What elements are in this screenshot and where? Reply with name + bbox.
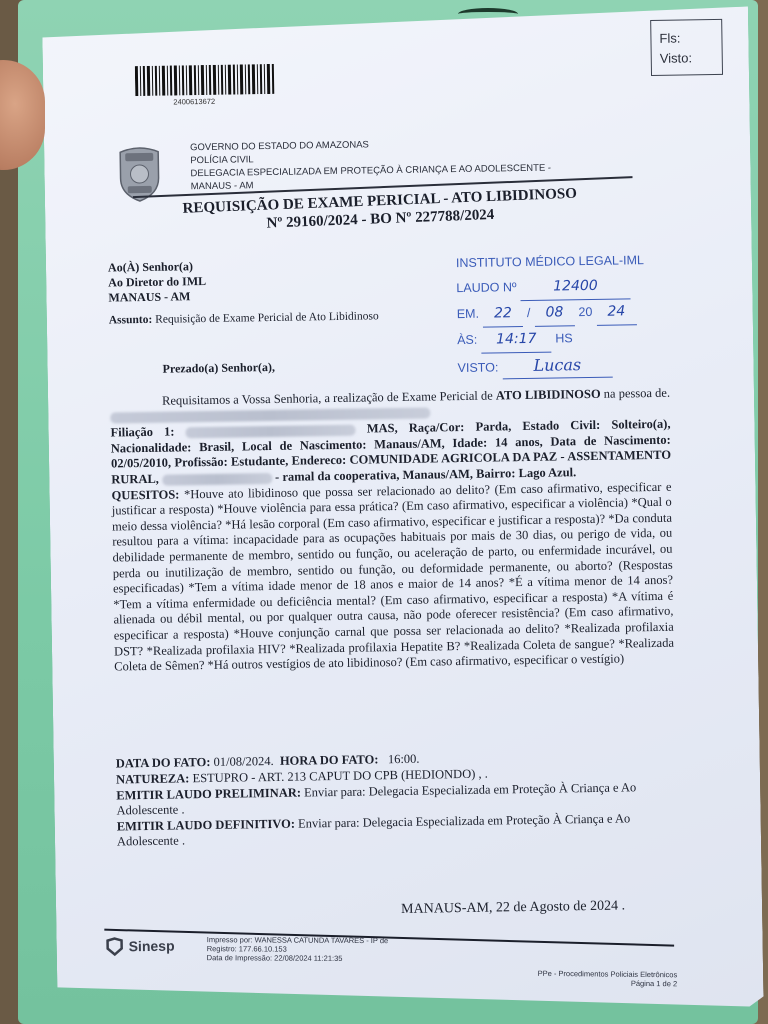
stamp-year: 24 xyxy=(596,299,636,326)
stamp-title: INSTITUTO MÉDICO LEGAL-IML xyxy=(456,248,676,276)
hora-fato-value: 16:00. xyxy=(388,752,420,766)
fact-details: DATA DO FATO: 01/08/2024. HORA DO FATO: … xyxy=(116,748,677,851)
em-label: EM. xyxy=(457,302,480,327)
subject-label: Assunto: xyxy=(109,314,153,327)
filiacao-suffix: MAS, Raça/Cor: Parda, Estado Civil: xyxy=(367,418,601,436)
laudo-number: 12400 xyxy=(520,273,630,301)
footer-divider xyxy=(104,929,674,946)
as-label: ÀS: xyxy=(457,328,478,353)
addressee-line: Ao(À) Senhor(a) xyxy=(108,259,206,276)
preliminar-label: EMITIR LAUDO PRELIMINAR: xyxy=(116,786,301,803)
agency-header: GOVERNO DO ESTADO DO AMAZONAS POLÍCIA CI… xyxy=(190,136,551,194)
print-info: Impresso por: WANESSA CATUNDA TAVARES - … xyxy=(207,935,389,963)
addressee-line: MANAUS - AM xyxy=(108,289,206,306)
stamp-date-row: EM. 22 / 08 20 24 xyxy=(457,299,677,328)
visto-signature: Lucas xyxy=(502,352,612,380)
stamp-visto-row: VISTO: Lucas xyxy=(457,351,677,381)
year-prefix: 20 xyxy=(578,300,592,325)
data-fato-value: 01/08/2024. xyxy=(213,754,273,769)
subject-line: Assunto: Requisição de Exame Pericial de… xyxy=(109,310,379,326)
natureza-label: NATUREZA: xyxy=(116,771,190,786)
signature-date: MANAUS-AM, 22 de Agosto de 2024 . xyxy=(401,898,625,918)
quesitos-text: *Houve ato libidinoso que possa ser rela… xyxy=(112,479,674,673)
police-badge-icon xyxy=(116,144,163,203)
request-body: Requisitamos a Vossa Senhoria, a realiza… xyxy=(110,386,674,675)
addressee-line: Ao Diretor do IML xyxy=(108,274,206,291)
system-info: PPe - Procedimentos Policiais Eletrônico… xyxy=(477,968,677,988)
barcode-number: 2400613672 xyxy=(173,97,215,107)
redacted-filiation xyxy=(186,424,356,438)
print-date: Data de Impressão: 22/08/2024 11:21:35 xyxy=(207,953,388,963)
greeting: Prezado(a) Senhor(a), xyxy=(162,360,275,377)
intro-text-2: na pessoa de. xyxy=(601,386,671,401)
requisition-document: Fls: Visto: 2400613672 xyxy=(42,6,764,1017)
quesitos-label: QUESITOS: xyxy=(111,487,179,502)
sinesp-logo-icon xyxy=(104,936,124,956)
visto-label: VISTO: xyxy=(457,355,498,381)
fls-label: Fls: xyxy=(659,28,721,49)
barcode-icon xyxy=(135,64,275,96)
definitivo-label: EMITIR LAUDO DEFINITIVO: xyxy=(117,817,295,834)
data-fato-label: DATA DO FATO: xyxy=(116,755,211,770)
stamp-month: 08 xyxy=(534,300,574,327)
redacted-address xyxy=(162,473,272,486)
addressee-block: Ao(À) Senhor(a) Ao Diretor do IML MANAUS… xyxy=(108,259,207,306)
hs-label: HS xyxy=(555,326,573,351)
laudo-label: LAUDO Nº xyxy=(456,275,517,301)
visto-label: Visto: xyxy=(660,48,722,69)
stamp-time: 14:17 xyxy=(481,327,551,354)
sinesp-logo-text: Sinesp xyxy=(129,938,175,955)
subject-value: Requisição de Exame Pericial de Ato Libi… xyxy=(155,310,379,326)
fls-visto-box: Fls: Visto: xyxy=(650,19,723,76)
stamp-day: 22 xyxy=(483,301,523,328)
filiacao-label: Filiação 1: xyxy=(110,425,174,440)
iml-stamp: INSTITUTO MÉDICO LEGAL-IML LAUDO Nº 1240… xyxy=(456,248,678,381)
intro-bold: ATO LIBIDINOSO xyxy=(496,387,601,403)
hora-fato-label: HORA DO FATO: xyxy=(280,752,379,768)
page-number: Página 1 de 2 xyxy=(477,977,677,988)
stamp-laudo-row: LAUDO Nº 12400 xyxy=(456,273,676,302)
stamp-time-row: ÀS: 14:17 HS xyxy=(457,325,677,354)
sinesp-logo: Sinesp xyxy=(104,936,174,957)
intro-text: Requisitamos a Vossa Senhoria, a realiza… xyxy=(162,388,496,407)
